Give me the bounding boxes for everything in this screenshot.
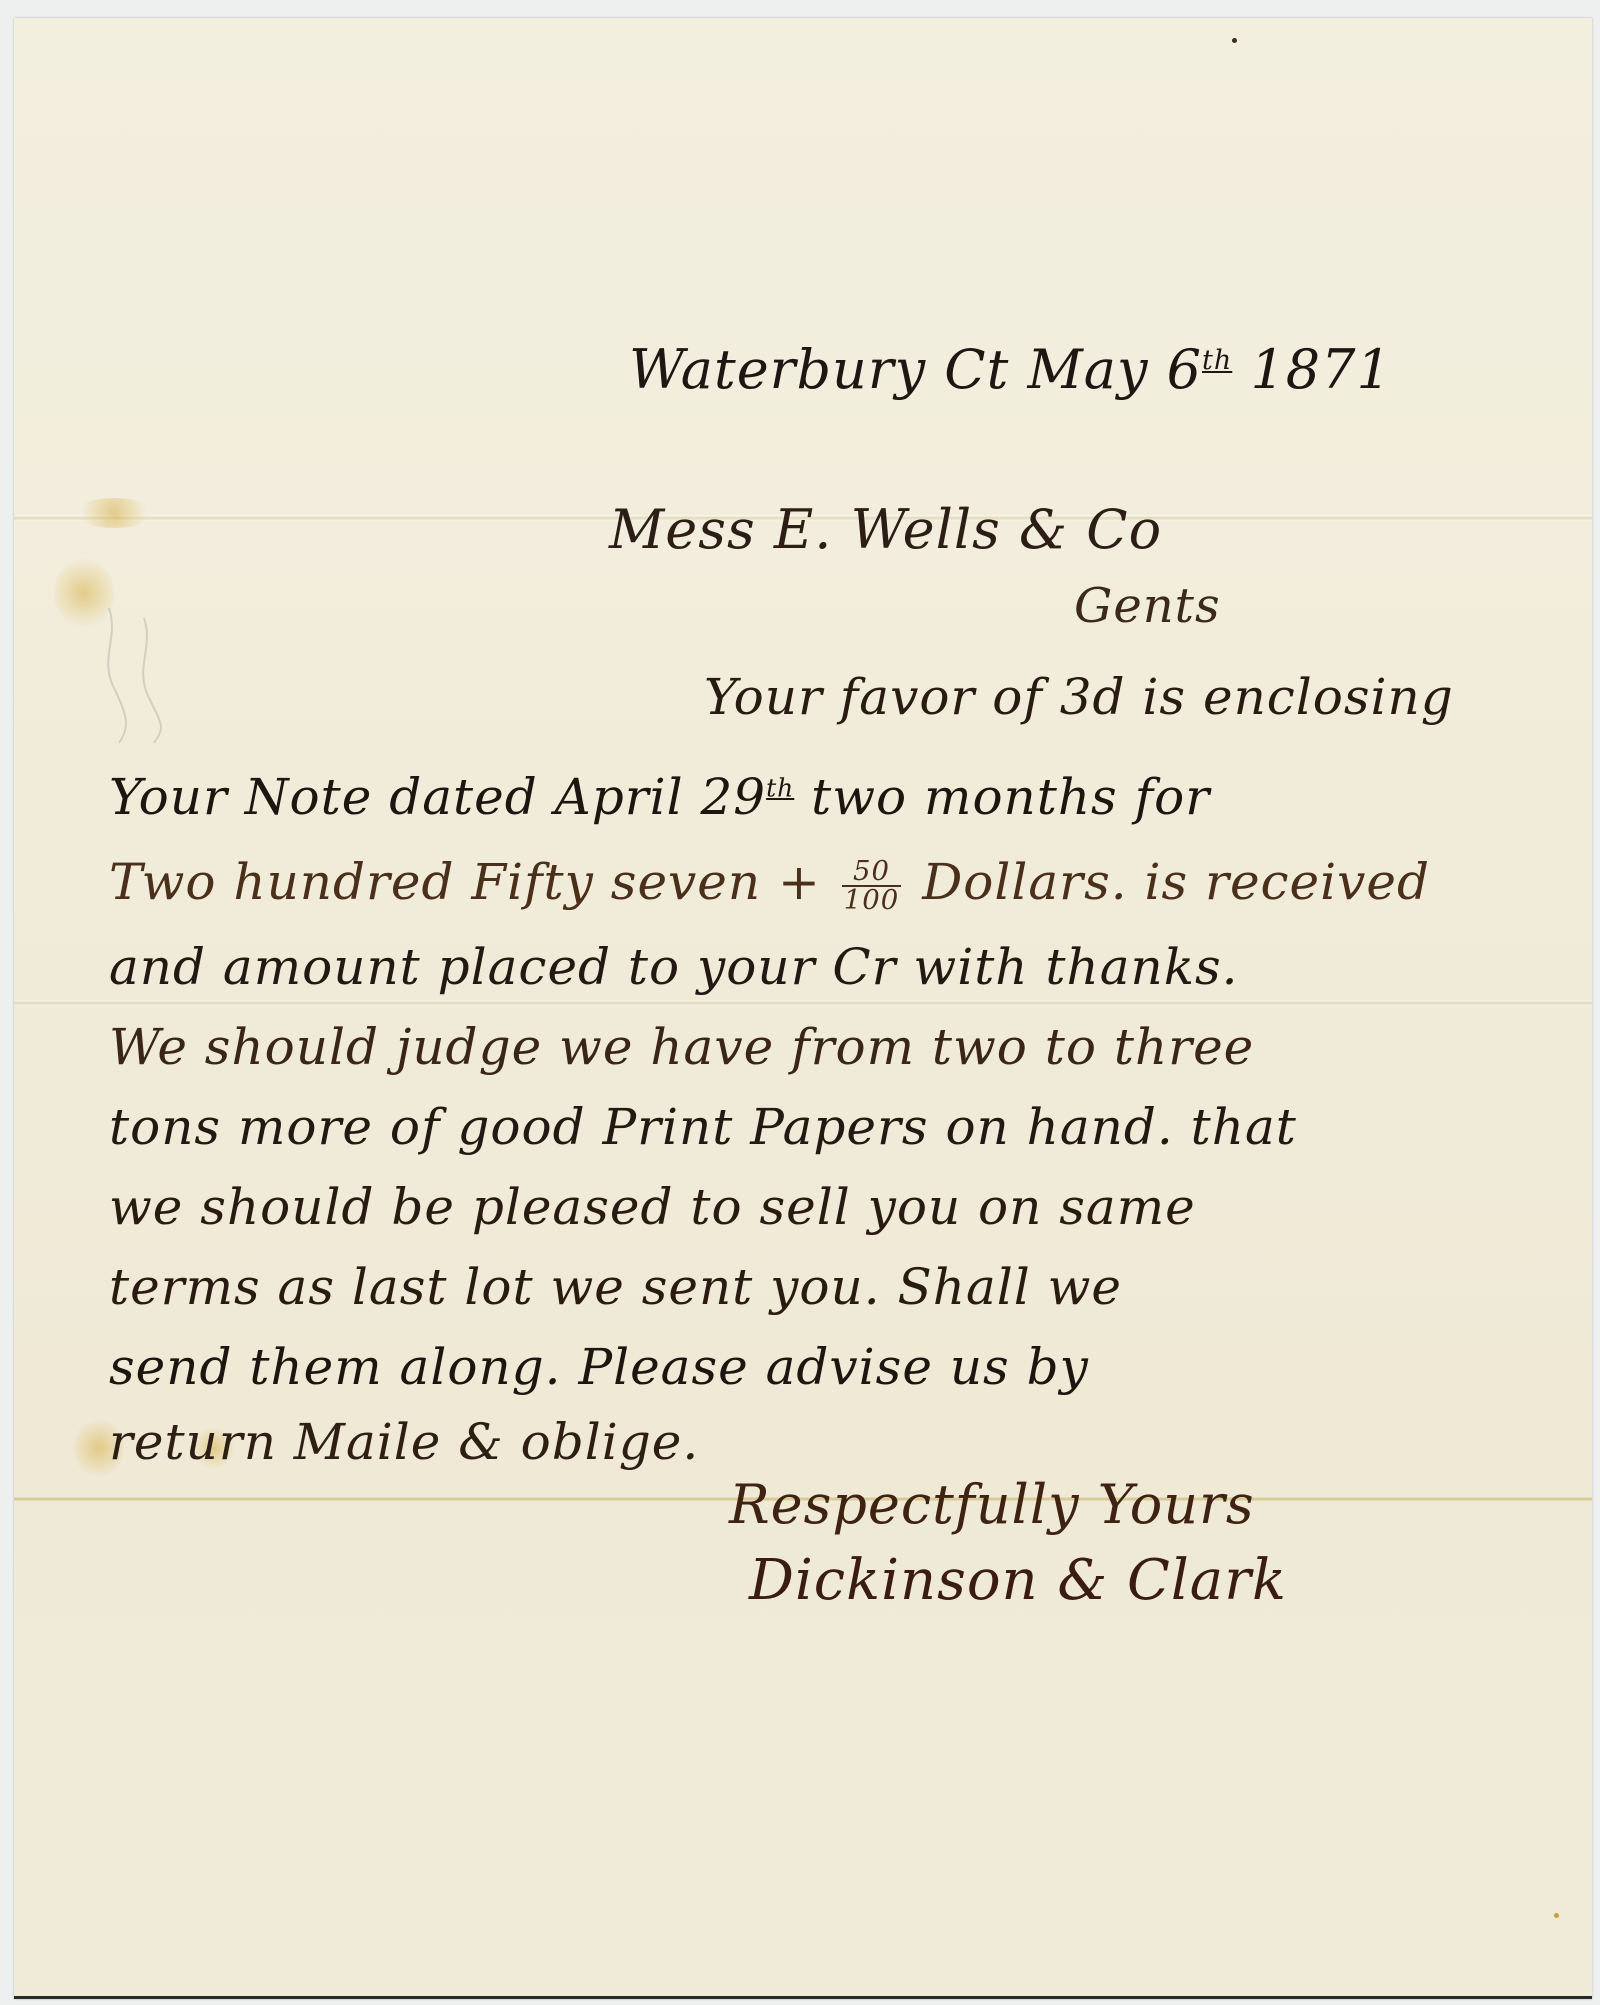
faint-pencil-marginalia bbox=[89, 598, 189, 748]
body-line: tons more of good Print Papers on hand. … bbox=[109, 1098, 1297, 1156]
body-line: terms as last lot we sent you. Shall we bbox=[109, 1258, 1122, 1316]
fraction-denominator: 100 bbox=[842, 887, 902, 915]
body-text: Two hundred Fifty seven + bbox=[109, 853, 821, 911]
body-line: we should be pleased to sell you on same bbox=[109, 1178, 1196, 1236]
dateline-month: May bbox=[1028, 338, 1149, 401]
letter-closing: Respectfully Yours bbox=[729, 1473, 1255, 1536]
dateline-year: 1871 bbox=[1250, 338, 1391, 401]
body-line: We should judge we have from two to thre… bbox=[109, 1018, 1254, 1076]
letter-signature: Dickinson & Clark bbox=[749, 1548, 1287, 1613]
body-line: Your Note dated April 29th two months fo… bbox=[109, 768, 1210, 826]
letter-addressee: Mess E. Wells & Co bbox=[609, 498, 1162, 561]
body-line: and amount placed to your Cr with thanks… bbox=[109, 938, 1239, 996]
ordinal-suffix: th bbox=[766, 773, 794, 802]
body-line: send them along. Please advise us by bbox=[109, 1338, 1089, 1396]
body-line: return Maile & oblige. bbox=[109, 1413, 699, 1471]
letter-dateline: Waterbury Ct May 6th 1871 bbox=[629, 338, 1392, 401]
letter-salutation: Gents bbox=[1074, 578, 1221, 634]
letter-page: Waterbury Ct May 6th 1871 Mess E. Wells … bbox=[14, 18, 1592, 1999]
body-line: Two hundred Fifty seven + 50 100 Dollars… bbox=[109, 853, 1430, 915]
body-line: Your favor of 3d is enclosing bbox=[704, 668, 1454, 726]
dateline-place: Waterbury Ct bbox=[629, 338, 1009, 401]
amount-fraction: 50 100 bbox=[842, 858, 902, 915]
fold-crease bbox=[14, 1000, 1592, 1006]
body-text: Your Note dated April 29 bbox=[109, 768, 766, 826]
ink-speck bbox=[1554, 1913, 1559, 1918]
age-stain bbox=[74, 498, 154, 528]
dateline-day-suffix: th bbox=[1202, 345, 1232, 376]
body-text: two months for bbox=[794, 768, 1210, 826]
ink-speck bbox=[1232, 38, 1237, 43]
fraction-numerator: 50 bbox=[842, 858, 902, 888]
body-text: Dollars. is received bbox=[922, 853, 1430, 911]
dateline-day: 6 bbox=[1167, 338, 1202, 401]
